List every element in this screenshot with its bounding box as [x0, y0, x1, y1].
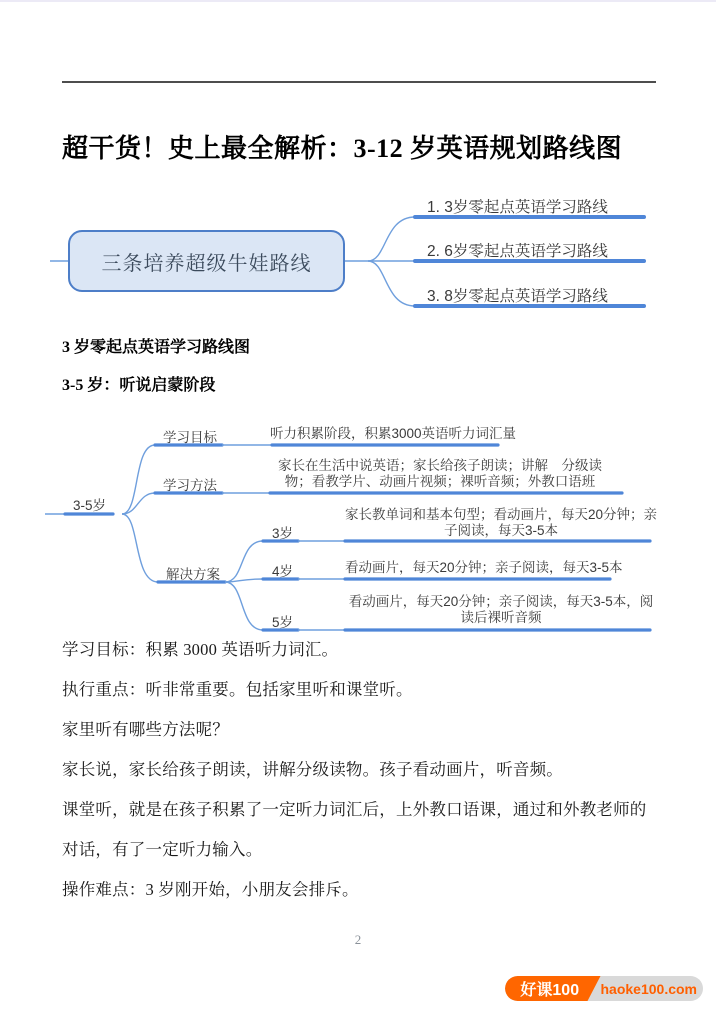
- paragraph-goal: 学习目标：积累 3000 英语听力词汇。: [62, 630, 658, 670]
- mindmap2-age4-label: 4岁: [272, 560, 293, 580]
- mindmap2-solution-label: 解决方案: [166, 563, 220, 583]
- mindmap2-age3-text: 家长教单词和基本句型；看动画片，每天20分钟；亲子阅读，每天3-5本: [345, 507, 657, 539]
- paragraph-focus: 执行重点：听非常重要。包括家里听和课堂听。: [62, 670, 658, 710]
- paragraph-class-listening: 课堂听，就是在孩子积累了一定听力词汇后，上外教口语课，通过和外教老师的对话，有了…: [62, 790, 658, 870]
- section-heading-stage: 3-5 岁：听说启蒙阶段: [62, 372, 662, 395]
- mindmap2-method-text: 家长在生活中说英语；家长给孩子朗读；讲解 分级读物；看教学片、动画片视频；裸听音…: [268, 458, 612, 490]
- mindmap1-root-label: 三条培养超级牛娃路线: [102, 247, 312, 276]
- mindmap2-age4-text: 看动画片，每天20分钟；亲子阅读，每天3-5本: [345, 560, 610, 576]
- section-heading-roadmap: 3 岁零起点英语学习路线图: [62, 334, 662, 357]
- mindmap2-goal-label: 学习目标: [163, 426, 217, 446]
- paragraph-difficulty: 操作难点：3 岁刚开始，小朋友会排斥。: [62, 870, 658, 910]
- mindmap2-age5-text: 看动画片，每天20分钟；亲子阅读，每天3-5本，阅读后裸听音频: [345, 594, 657, 626]
- mindmap1-branch-3: 3. 8岁零起点英语学习路线: [427, 284, 608, 306]
- brand-badge-domain: haoke100.com: [601, 976, 704, 1001]
- page-title: 超干货！史上最全解析：3-12 岁英语规划路线图: [62, 128, 662, 165]
- mindmap1-branch-1: 1. 3岁零起点英语学习路线: [427, 195, 608, 217]
- mindmap2-goal-text: 听力积累阶段，积累3000英语听力词汇量: [270, 426, 516, 442]
- body-text-block: 学习目标：积累 3000 英语听力词汇。 执行重点：听非常重要。包括家里听和课堂…: [62, 630, 658, 910]
- brand-badge: 好课100 haoke100.com: [505, 976, 703, 1001]
- mindmap2-method-label: 学习方法: [163, 474, 217, 494]
- paragraph-question: 家里听有哪些方法呢？: [62, 710, 658, 750]
- mindmap2-age3-label: 3岁: [272, 522, 293, 542]
- mindmap2-root-label: 3-5岁: [73, 494, 106, 514]
- mindmap2-age5-label: 5岁: [272, 611, 293, 631]
- mindmap1-root-node: 三条培养超级牛娃路线: [68, 230, 345, 292]
- paragraph-home-listening: 家长说，家长给孩子朗读，讲解分级读物。孩子看动画片，听音频。: [62, 750, 658, 790]
- document-page: { "title": "超干货！史上最全解析：3-12 岁英语规划路线图", "…: [0, 0, 716, 1012]
- page-number: 2: [0, 932, 716, 948]
- mindmap1-branch-2: 2. 6岁零起点英语学习路线: [427, 239, 608, 261]
- brand-badge-name: 好课100: [505, 976, 601, 1001]
- header-divider-line: [62, 81, 656, 83]
